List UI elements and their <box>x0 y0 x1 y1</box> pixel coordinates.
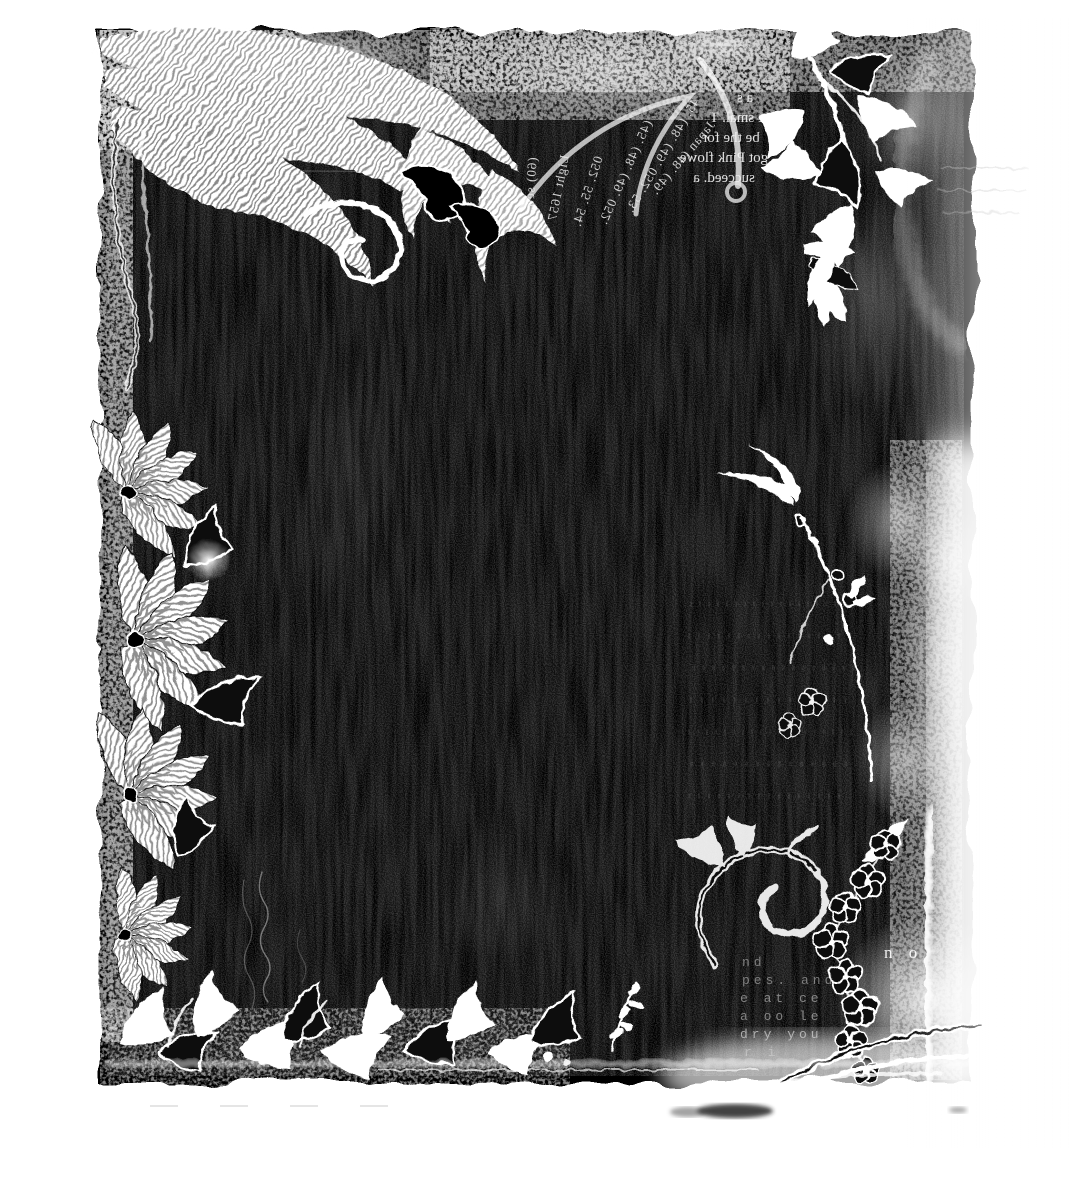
typewriter-line: pes. and <box>742 973 836 988</box>
right-edge-fade <box>905 18 1072 1148</box>
berry <box>825 635 835 645</box>
typewriter-line: a oo le <box>740 1009 823 1024</box>
ink-smudge <box>949 1107 967 1113</box>
newsprint-highlight <box>660 20 780 68</box>
typewriter-line: nd <box>742 955 766 970</box>
mirrored-newsprint-line: be the for <box>702 130 759 146</box>
berry <box>832 569 844 581</box>
mirrored-newsprint-line: succeed. a <box>693 170 755 186</box>
mirrored-newsprint-line: a s <box>737 90 753 106</box>
gray-blotch <box>290 300 410 620</box>
ink-smudge <box>697 1104 773 1118</box>
ink-smudge <box>670 1107 706 1117</box>
typewriter-line: r i <box>744 1045 779 1060</box>
artwork-canvas: (60) seo. Light 1657 052. 55. 54. (45. (… <box>0 0 1072 1200</box>
mirrored-newsprint-line: e smal. T <box>709 110 764 126</box>
mirrored-newsprint-line: got Pink flowe <box>679 150 768 166</box>
berry <box>543 1051 553 1061</box>
horizontal-streak <box>105 1060 1005 1067</box>
gray-blotch <box>420 840 580 960</box>
typewriter-line: e at ce <box>740 991 823 1006</box>
typewriter-line: dry you <box>740 1027 823 1042</box>
grunge-floral-frame-artwork: (60) seo. Light 1657 052. 55. 54. (45. (… <box>0 0 1072 1200</box>
white-blob <box>186 538 230 582</box>
